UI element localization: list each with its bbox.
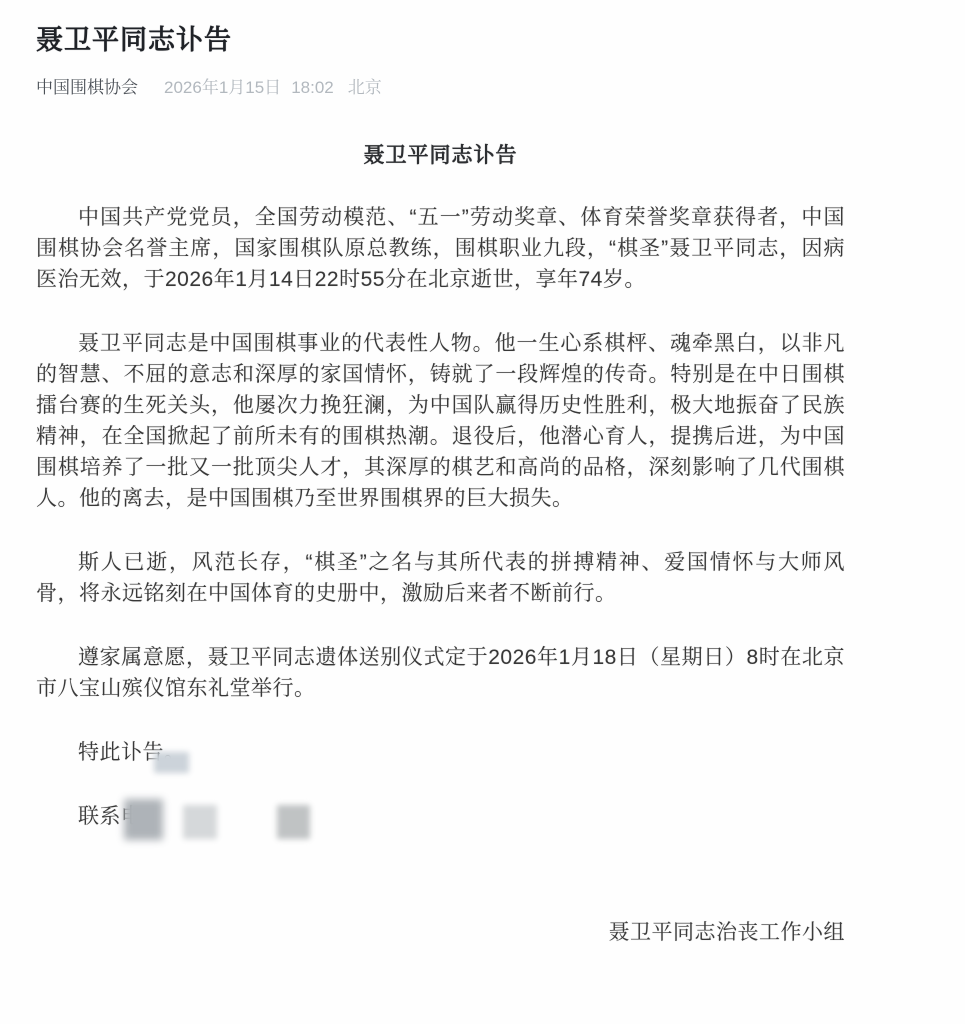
obituary-article: 聂卫平同志讣告 中国共产党党员，全国劳动模范、“五一”劳动奖章、体育荣誉奖章获得… xyxy=(36,143,845,948)
redaction-block-phone-1 xyxy=(124,799,163,840)
page-title: 聂卫平同志讣告 xyxy=(36,24,845,56)
byline-author[interactable]: 中国围棋协会 xyxy=(36,78,138,97)
byline-date: 2026年1月15日 xyxy=(164,78,281,97)
redaction-block-phone-2 xyxy=(183,805,217,839)
obituary-heading: 聂卫平同志讣告 xyxy=(36,143,845,169)
obituary-paragraph-1: 中国共产党党员，全国劳动模范、“五一”劳动奖章、体育荣誉奖章获得者，中国围棋协会… xyxy=(36,202,845,295)
signature-work-group: 聂卫平同志治丧工作小组 xyxy=(36,917,845,948)
redaction-block-closing xyxy=(154,752,189,773)
article-page: 聂卫平同志讣告 中国围棋协会2026年1月15日18:02北京 聂卫平同志讣告 … xyxy=(0,0,965,1024)
contact-line: 联系电 xyxy=(36,801,845,832)
article-header: 聂卫平同志讣告 中国围棋协会2026年1月15日18:02北京 xyxy=(36,24,845,99)
closing-line: 特此讣告。 xyxy=(36,737,845,768)
byline-time: 18:02 xyxy=(291,78,334,97)
obituary-paragraph-4: 遵家属意愿，聂卫平同志遗体送别仪式定于2026年1月18日（星期日）8时在北京市… xyxy=(36,642,845,704)
obituary-paragraph-3: 斯人已逝，风范长存，“棋圣”之名与其所代表的拼搏精神、爱国情怀与大师风骨，将永远… xyxy=(36,547,845,609)
byline-location: 北京 xyxy=(348,78,382,97)
byline: 中国围棋协会2026年1月15日18:02北京 xyxy=(36,77,845,99)
obituary-paragraph-2: 聂卫平同志是中国围棋事业的代表性人物。他一生心系棋枰、魂牵黑白，以非凡的智慧、不… xyxy=(36,328,845,514)
redaction-block-phone-3 xyxy=(277,805,310,839)
